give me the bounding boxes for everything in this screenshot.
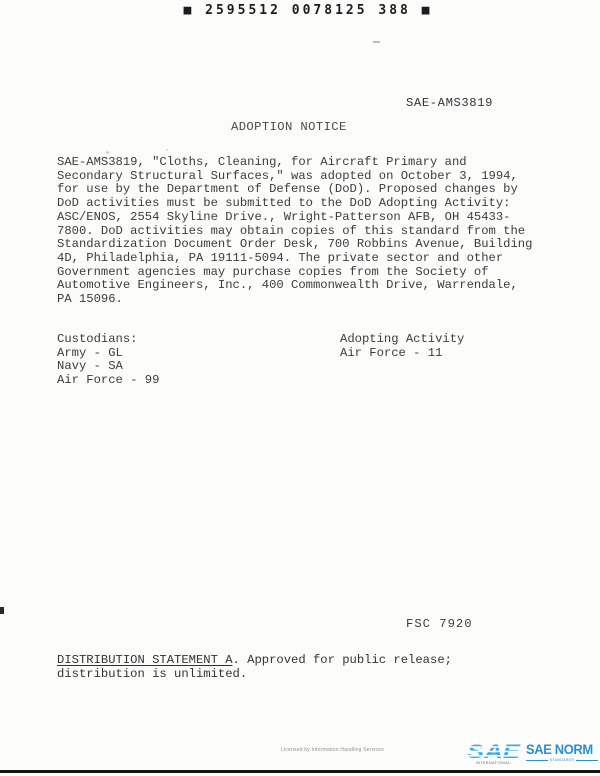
standards-left-rule: [526, 760, 548, 761]
scanned-document-page: ■ 2595512 0078125 388 ■ SAE-AMS3819 ADOP…: [0, 0, 600, 776]
scan-artifact-dash: [373, 41, 380, 43]
sae-norm-logo: SAE INTERNATIONAL. SAE NORM STANDARDS: [466, 742, 598, 769]
distribution-statement-label: DISTRIBUTION STATEMENT A: [57, 653, 233, 667]
adoption-notice-body: SAE-AMS3819, "Cloths, Cleaning, for Airc…: [57, 156, 557, 307]
fsc-code: FSC 7920: [406, 617, 473, 631]
adopting-activity-block: Adopting Activity Air Force - 11: [340, 333, 464, 360]
scan-artifact-speck: [106, 151, 109, 154]
standards-right-rule: [576, 760, 598, 761]
sae-logo-glyph-column: SAE INTERNATIONAL.: [466, 742, 522, 765]
distribution-statement: DISTRIBUTION STATEMENT A. Approved for p…: [57, 654, 452, 682]
sae-striped-logo-icon: SAE: [466, 742, 522, 761]
scan-artifact-edge-mark: [0, 607, 4, 614]
distribution-line-2: distribution is unlimited.: [57, 668, 452, 682]
custodians-block: Custodians: Army - GL Navy - SA Air Forc…: [57, 333, 159, 388]
page-title: ADOPTION NOTICE: [231, 120, 347, 134]
sae-norm-standards-row: STANDARDS: [526, 758, 598, 762]
distribution-line-1: DISTRIBUTION STATEMENT A. Approved for p…: [57, 654, 452, 668]
bottom-scan-rule: [0, 770, 600, 773]
ocr-tally-code: ■ 2595512 0078125 388 ■: [183, 3, 432, 18]
sae-norm-brand-column: SAE NORM STANDARDS: [526, 742, 598, 762]
distribution-statement-rest: . Approved for public release;: [233, 653, 452, 667]
standards-label: STANDARDS: [550, 758, 574, 762]
sae-international-label: INTERNATIONAL.: [476, 761, 513, 765]
scan-artifact-speck: [166, 149, 168, 151]
document-number: SAE-AMS3819: [406, 96, 493, 110]
footer-fine-print: Licensed by Information Handling Service…: [281, 747, 411, 753]
sae-norm-wordmark: SAE NORM: [526, 742, 595, 757]
